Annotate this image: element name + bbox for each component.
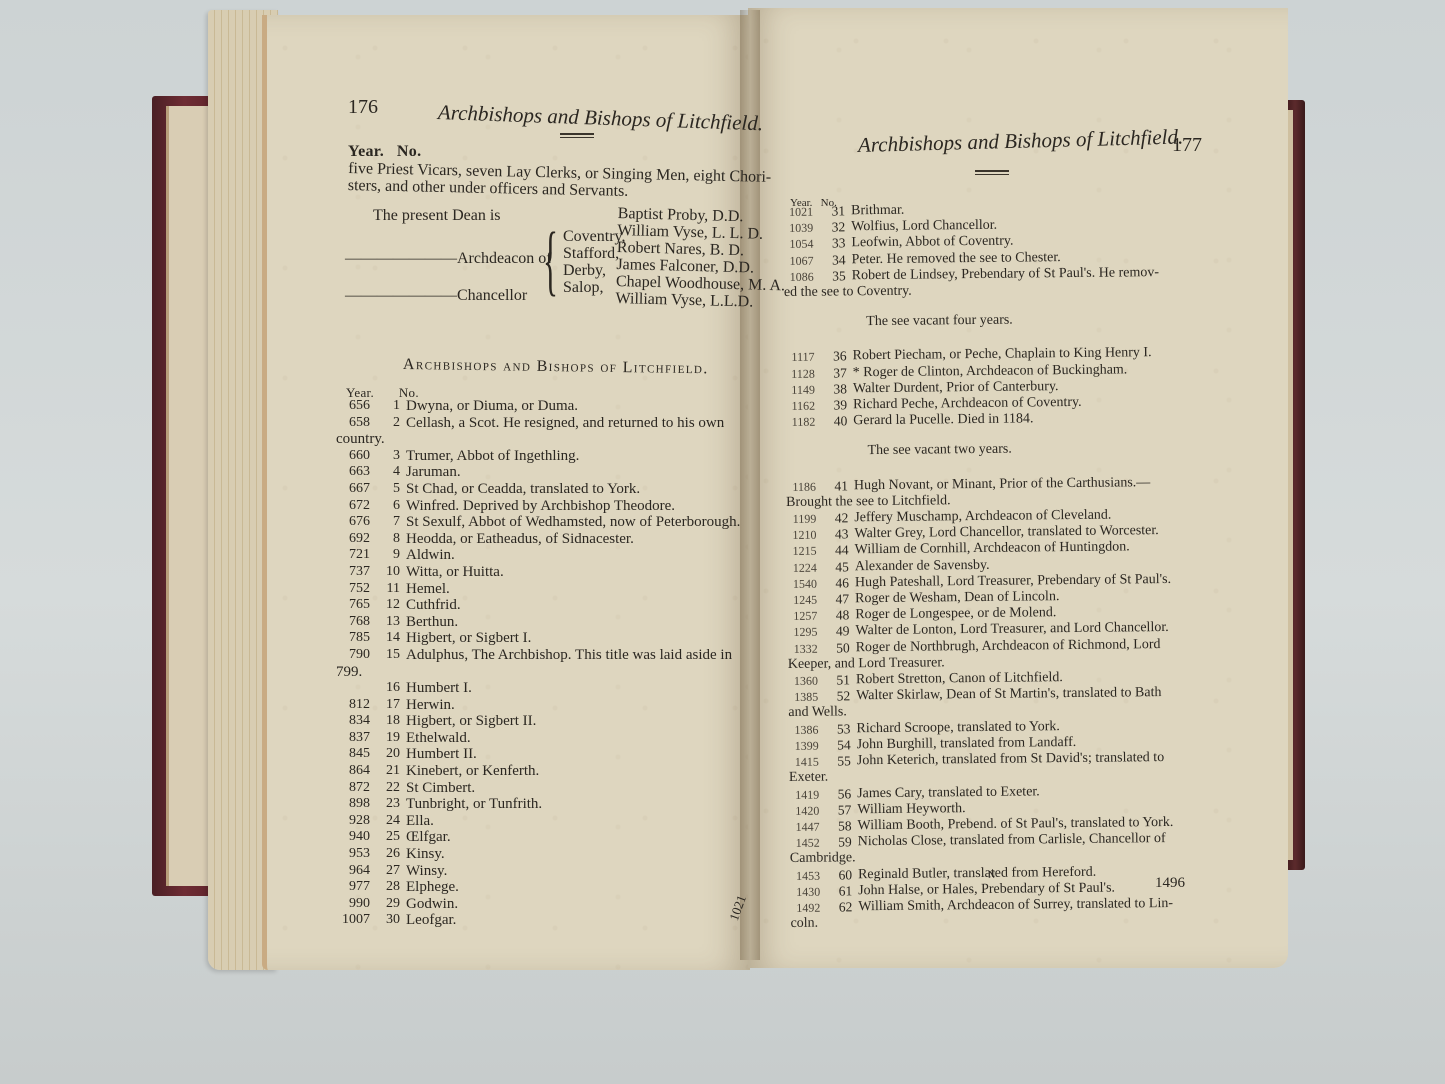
entry-name: Gerard la Pucelle. Died in 1184. (853, 410, 1205, 430)
bishop-entry: 94025Œlfgar. (336, 829, 746, 846)
signature-mark: N (988, 870, 995, 881)
entry-continuation: 799. (336, 664, 746, 681)
entry-number: 34 (822, 252, 852, 269)
entry-year: 1162 (785, 398, 823, 415)
entry-year: 663 (336, 464, 378, 481)
entry-number: 38 (823, 381, 853, 398)
entry-year: 864 (336, 763, 378, 780)
entry-name: Dwyna, or Diuma, or Duma. (406, 398, 746, 415)
book-cover-right (1285, 100, 1305, 870)
entry-number: 40 (823, 414, 853, 431)
entry-year: 1540 (787, 575, 825, 592)
bishop-entry: 73710Witta, or Huitta. (336, 564, 746, 581)
entry-number: 24 (378, 813, 406, 830)
entry-year: 1086 (784, 268, 822, 285)
bishop-entry: 75211Hemel. (336, 581, 746, 598)
entry-number: 20 (378, 746, 406, 763)
no-header: No. (397, 143, 421, 160)
entry-year: 990 (336, 896, 378, 913)
entry-number: 49 (825, 624, 855, 641)
dignitary-names: Baptist Proby, D.D. William Vyse, L. L. … (615, 205, 787, 311)
entry-year: 1430 (790, 883, 828, 900)
entry-number: 60 (828, 867, 858, 884)
entry-number: 28 (378, 879, 406, 896)
entry-number: 9 (378, 547, 406, 564)
bishop-entry: 76512Cuthfrid. (336, 597, 746, 614)
page-number-right: 177 (1172, 134, 1202, 157)
entry-name: Herwin. (406, 697, 746, 714)
vacancy-note: The see vacant four years. (784, 311, 1204, 332)
bishop-entry: 99029Godwin. (336, 896, 746, 913)
entry-year: 953 (336, 846, 378, 863)
bishop-entry: 16Humbert I. (336, 680, 746, 697)
bishop-entry: 84520Humbert II. (336, 746, 746, 763)
entry-number: 30 (378, 912, 406, 929)
entry-year: 964 (336, 863, 378, 880)
bishop-list-right: 102131Brithmar.103932Wolfius, Lord Chanc… (783, 200, 1211, 933)
vacancy-note: The see vacant two years. (786, 440, 1206, 461)
entry-name: Berthun. (406, 614, 746, 631)
entry-number: 7 (378, 514, 406, 531)
entry-name: Adulphus, The Archbishop. This title was… (406, 647, 746, 664)
year-header: Year. (348, 143, 384, 160)
bishop-entry: 92824Ella. (336, 813, 746, 830)
entry-year: 660 (336, 448, 378, 465)
bishop-entry: 6634Jaruman. (336, 464, 746, 481)
entry-number: 51 (826, 672, 856, 689)
entry-number: 32 (821, 219, 851, 236)
entry-number: 53 (826, 721, 856, 738)
entry-year: 1199 (786, 511, 824, 528)
entry-name: Kinebert, or Kenferth. (406, 763, 746, 780)
bishop-list-left: 6561Dwyna, or Diuma, or Duma.6582Cellash… (336, 398, 746, 929)
bishop-entry: 7219Aldwin. (336, 547, 746, 564)
entry-number: 3 (378, 448, 406, 465)
entry-name: Winfred. Deprived by Archbishop Theodore… (406, 498, 746, 515)
entry-number: 54 (827, 737, 857, 754)
entry-year: 1182 (785, 414, 823, 431)
entry-number: 29 (378, 896, 406, 913)
bishop-entry: 100730Leofgar. (336, 912, 746, 929)
entry-year: 872 (336, 780, 378, 797)
brace-icon: { (543, 225, 558, 295)
entry-number: 47 (825, 591, 855, 608)
entry-number: 57 (827, 802, 857, 819)
entry-name: St Chad, or Ceadda, translated to York. (406, 481, 746, 498)
entry-year: 1245 (787, 592, 825, 609)
entry-year: 785 (336, 630, 378, 647)
entry-year: 1385 (788, 689, 826, 706)
entry-year: 1039 (783, 220, 821, 237)
entry-year: 928 (336, 813, 378, 830)
entry-number: 55 (827, 753, 857, 770)
bishop-entry: 89823Tunbright, or Tunfrith. (336, 796, 746, 813)
entry-year: 1420 (789, 802, 827, 819)
entry-year: 1415 (789, 754, 827, 771)
entry-year: 1399 (789, 737, 827, 754)
head-rule-left (560, 133, 594, 138)
entry-year: 672 (336, 498, 378, 515)
entry-year: 834 (336, 713, 378, 730)
entry-year: 737 (336, 564, 378, 581)
entry-year: 656 (336, 398, 378, 415)
entry-number: 52 (826, 689, 856, 706)
head-rule-right (975, 170, 1009, 175)
entry-number: 1 (378, 398, 406, 415)
entry-number: 62 (828, 899, 858, 916)
entry-name: Humbert I. (406, 680, 746, 697)
entry-year: 1447 (789, 818, 827, 835)
entry-name: St Cimbert. (406, 780, 746, 797)
entry-year: 977 (336, 879, 378, 896)
entry-year: 692 (336, 531, 378, 548)
entry-year: 1067 (784, 252, 822, 269)
entry-name: Hemel. (406, 581, 746, 598)
entry-name: Cuthfrid. (406, 597, 746, 614)
entry-number: 26 (378, 846, 406, 863)
entry-year: 1021 (783, 204, 821, 221)
entry-year: 1295 (787, 624, 825, 641)
entry-name: Ethelwald. (406, 730, 746, 747)
entry-number: 56 (827, 786, 857, 803)
entry-number: 18 (378, 713, 406, 730)
entry-number: 46 (825, 575, 855, 592)
entry-year: 790 (336, 647, 378, 664)
entry-number: 15 (378, 647, 406, 664)
entry-year: 845 (336, 746, 378, 763)
entry-year: 1054 (783, 236, 821, 253)
entry-number: 5 (378, 481, 406, 498)
entry-number: 33 (821, 236, 851, 253)
entry-year: 667 (336, 481, 378, 498)
entry-year: 1360 (788, 673, 826, 690)
entry-number: 50 (826, 640, 856, 657)
entry-name: Tunbright, or Tunfrith. (406, 796, 746, 813)
dignitaries-block: The present Dean is ———————Archdeacon of… (373, 205, 743, 325)
entry-number: 14 (378, 630, 406, 647)
bishop-entry: 79015Adulphus, The Archbishop. This titl… (336, 647, 746, 664)
entry-year: 1453 (790, 867, 828, 884)
entry-name: Heodda, or Eatheadus, of Sidnacester. (406, 531, 746, 548)
bishop-entry: 95326Kinsy. (336, 846, 746, 863)
entry-year: 1386 (788, 721, 826, 738)
bishop-entry: 86421Kinebert, or Kenferth. (336, 763, 746, 780)
entry-year: 898 (336, 796, 378, 813)
entry-year: 1224 (787, 559, 825, 576)
entry-number: 21 (378, 763, 406, 780)
bishop-entry: 6726Winfred. Deprived by Archbishop Theo… (336, 498, 746, 515)
entry-year: 658 (336, 415, 378, 432)
entry-year: 1419 (789, 786, 827, 803)
entry-name: Humbert II. (406, 746, 746, 763)
entry-number: 48 (825, 608, 855, 625)
entry-year: 812 (336, 697, 378, 714)
entry-year: 1007 (336, 912, 378, 929)
entry-year: 1186 (786, 478, 824, 495)
bishop-entry: 118240Gerard la Pucelle. Died in 1184. (785, 410, 1205, 431)
catchword-right: 1496 (1155, 875, 1185, 892)
entry-number: 43 (824, 527, 854, 544)
entry-name: Œlfgar. (406, 829, 746, 846)
entry-number: 35 (822, 268, 852, 285)
bishop-entry: 6603Trumer, Abbot of Ingethling. (336, 448, 746, 465)
entry-year: 1452 (790, 835, 828, 852)
page-number-left: 176 (348, 96, 378, 119)
entry-year: 765 (336, 597, 378, 614)
entry-name: Aldwin. (406, 547, 746, 564)
bishop-entry: 6767St Sexulf, Abbot of Wedhamsted, now … (336, 514, 746, 531)
entry-year: 940 (336, 829, 378, 846)
bishop-entry: 97728Elphege. (336, 879, 746, 896)
entry-number: 19 (378, 730, 406, 747)
bishop-entry: 6582Cellash, a Scot. He resigned, and re… (336, 415, 746, 432)
entry-number: 61 (828, 883, 858, 900)
bishop-entry: 81217Herwin. (336, 697, 746, 714)
entry-continuation: country. (336, 431, 746, 448)
entry-name: Higbert, or Sigbert II. (406, 713, 746, 730)
entry-name: St Sexulf, Abbot of Wedhamsted, now of P… (406, 514, 746, 531)
entry-name: Kinsy. (406, 846, 746, 863)
entry-number: 42 (824, 510, 854, 527)
entry-number: 17 (378, 697, 406, 714)
entry-continuation: ed the see to Coventry. (784, 281, 1204, 302)
entry-year: 1257 (787, 608, 825, 625)
entry-year: 768 (336, 614, 378, 631)
entry-year: 1332 (788, 640, 826, 657)
entry-number: 27 (378, 863, 406, 880)
entry-number: 41 (824, 478, 854, 495)
entry-year: 676 (336, 514, 378, 531)
entry-number: 11 (378, 581, 406, 598)
bishop-entry: 6928Heodda, or Eatheadus, of Sidnacester… (336, 531, 746, 548)
entry-number: 12 (378, 597, 406, 614)
entry-name: Elphege. (406, 879, 746, 896)
entry-number: 45 (825, 559, 855, 576)
entry-name: Witta, or Huitta. (406, 564, 746, 581)
bishop-entry: 76813Berthun. (336, 614, 746, 631)
entry-year: 1149 (785, 381, 823, 398)
entry-number: 39 (823, 397, 853, 414)
entry-number: 31 (821, 203, 851, 220)
entry-year: 752 (336, 581, 378, 598)
chancellor-label: ———————Chancellor (345, 287, 527, 305)
dean-label: The present Dean is (373, 207, 501, 225)
bishop-entry: 83418Higbert, or Sigbert II. (336, 713, 746, 730)
entry-year: 1215 (787, 543, 825, 560)
bishop-entry: 78514Higbert, or Sigbert I. (336, 630, 746, 647)
entry-year: 1128 (785, 365, 823, 382)
entry-number: 44 (825, 543, 855, 560)
entry-number: 13 (378, 614, 406, 631)
bishop-entry: 6561Dwyna, or Diuma, or Duma. (336, 398, 746, 415)
entry-number: 59 (828, 834, 858, 851)
entry-year: 1492 (790, 899, 828, 916)
entry-year: 1117 (785, 349, 823, 366)
entry-number: 36 (823, 349, 853, 366)
entry-name: Higbert, or Sigbert I. (406, 630, 746, 647)
column-header-left: Year. No. (348, 143, 421, 160)
entry-year: 721 (336, 547, 378, 564)
entry-number: 4 (378, 464, 406, 481)
entry-number: 25 (378, 829, 406, 846)
entry-name: Cellash, a Scot. He resigned, and return… (406, 415, 746, 432)
entry-name: Trumer, Abbot of Ingethling. (406, 448, 746, 465)
bishop-entry: 6675St Chad, or Ceadda, translated to Yo… (336, 481, 746, 498)
entry-number: 6 (378, 498, 406, 515)
entry-number: 10 (378, 564, 406, 581)
entry-number: 2 (378, 415, 406, 432)
entry-name: Jaruman. (406, 464, 746, 481)
entry-number: 23 (378, 796, 406, 813)
bishop-entry: 87222St Cimbert. (336, 780, 746, 797)
archdeacon-label: ———————Archdeacon of (345, 250, 552, 268)
entry-year: 837 (336, 730, 378, 747)
entry-number: 58 (827, 818, 857, 835)
entry-number: 16 (378, 680, 406, 697)
entry-name: Ella. (406, 813, 746, 830)
entry-number: 37 (823, 365, 853, 382)
entry-year: 1210 (786, 527, 824, 544)
entry-number: 22 (378, 780, 406, 797)
entry-name: Leofgar. (406, 912, 746, 929)
entry-name: Winsy. (406, 863, 746, 880)
bishop-entry: 96427Winsy. (336, 863, 746, 880)
entry-name: Godwin. (406, 896, 746, 913)
entry-year (336, 680, 378, 697)
entry-number: 8 (378, 531, 406, 548)
bishop-entry: 83719Ethelwald. (336, 730, 746, 747)
